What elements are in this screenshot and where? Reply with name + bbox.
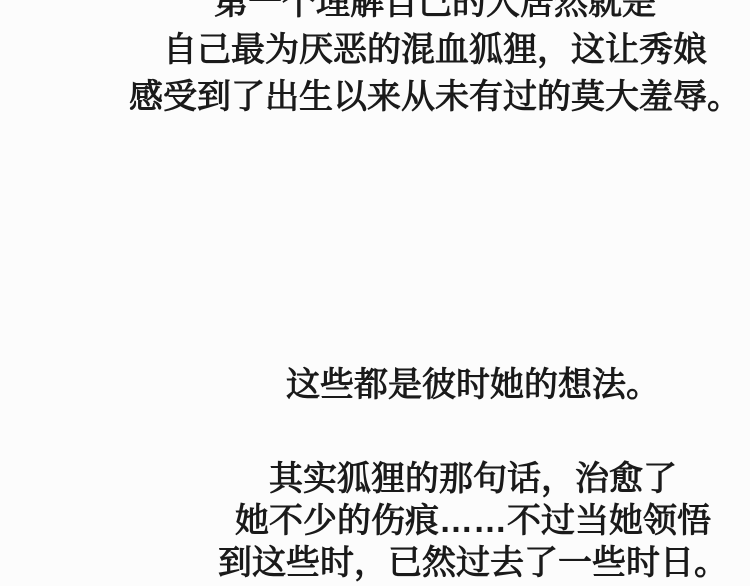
narration-line: 自己最为厌恶的混血狐狸，这让秀娘 (95, 27, 750, 74)
narration-line: 到这些时，已然过去了一些时日。 (113, 542, 750, 584)
narration-paragraph-bottom: 其实狐狸的那句话，治愈了 她不少的伤痕……不过当她领悟 到这些时，已然过去了一些… (113, 458, 750, 584)
narration-line: 这些都是彼时她的想法。 (113, 362, 750, 409)
narration-line: 第一个理解自己的人居然就是 (95, 0, 750, 27)
narration-line: 其实狐狸的那句话，治愈了 (113, 458, 750, 500)
narration-line: 她不少的伤痕……不过当她领悟 (113, 500, 750, 542)
narration-paragraph-middle: 这些都是彼时她的想法。 (113, 362, 750, 409)
narration-paragraph-top: 第一个理解自己的人居然就是 自己最为厌恶的混血狐狸，这让秀娘 感受到了出生以来从… (95, 0, 750, 121)
narration-line: 感受到了出生以来从未有过的莫大羞辱。 (95, 74, 750, 121)
